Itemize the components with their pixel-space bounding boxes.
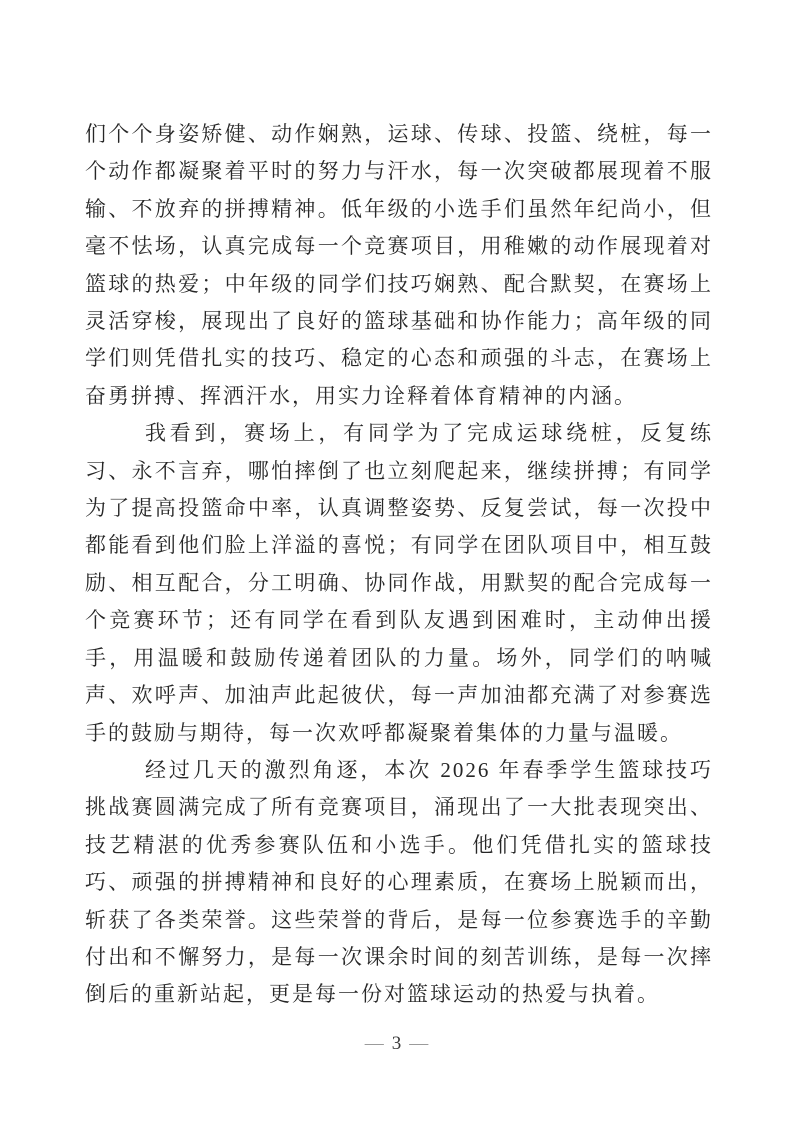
document-body: 们个个身姿矫健、动作娴熟，运球、传球、投篮、绕桩，每一个动作都凝聚着平时的努力与… (85, 116, 713, 1014)
paragraph-continuation: 们个个身姿矫健、动作娴熟，运球、传球、投篮、绕桩，每一个动作都凝聚着平时的努力与… (85, 116, 713, 415)
paragraph: 经过几天的激烈角逐，本次 2026 年春季学生篮球技巧挑战赛圆满完成了所有竞赛项… (85, 752, 713, 1014)
page-number: 3 (392, 1033, 402, 1054)
paragraph: 我看到，赛场上，有同学为了完成运球绕桩，反复练习、永不言弃，哪怕摔倒了也立刻爬起… (85, 415, 713, 752)
page-footer: —3— (0, 1033, 793, 1055)
document-page: 们个个身姿矫健、动作娴熟，运球、传球、投篮、绕桩，每一个动作都凝聚着平时的努力与… (0, 0, 793, 1122)
page-number-right-dash: — (401, 1033, 436, 1054)
page-number-left-dash: — (357, 1033, 392, 1054)
